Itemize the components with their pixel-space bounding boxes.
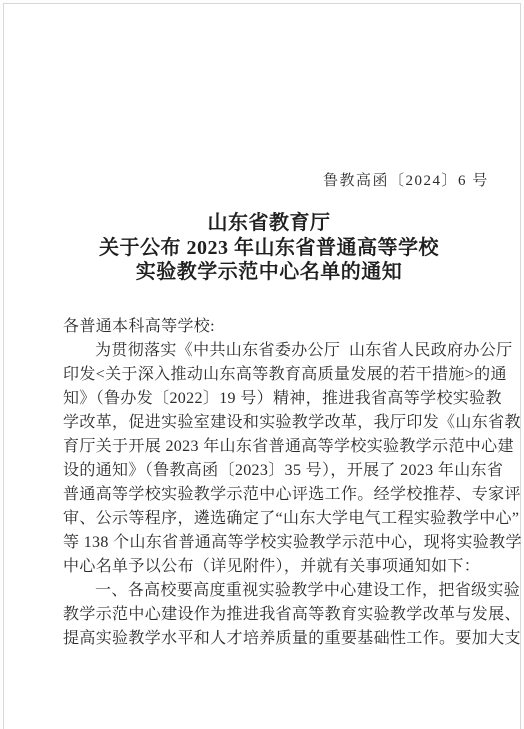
body-line: 审、公示等程序，遴选确定了“山东大学电气工程实验教学中心” (63, 507, 495, 531)
document-number: 鲁教高函〔2024〕6 号 (323, 169, 489, 190)
body-line: 提高实验教学水平和人才培养质量的重要基础性工作。要加大支 (63, 627, 495, 651)
title-line-2: 关于公布 2023 年山东省普通高等学校 (63, 236, 475, 261)
document-page: 鲁教高函〔2024〕6 号 山东省教育厅 关于公布 2023 年山东省普通高等学… (3, 3, 521, 723)
body-line: 一、各高校要高度重视实验教学中心建设工作，把省级实验 (63, 579, 495, 603)
body-line: 为贯彻落实《中共山东省委办公厅 山东省人民政府办公厅 (63, 339, 495, 363)
document-body: 各普通本科高等学校: 为贯彻落实《中共山东省委办公厅 山东省人民政府办公厅 印发… (63, 315, 495, 651)
body-line: 普通高等学校实验教学示范中心评选工作。经学校推荐、专家评 (63, 483, 495, 507)
body-line: 育厅关于开展 2023 年山东省普通高等学校实验教学示范中心建 (63, 435, 495, 459)
body-line: 中心名单予以公布（详见附件），并就有关事项通知如下： (63, 555, 495, 579)
title-line-1: 山东省教育厅 (63, 211, 475, 236)
body-line: 教学示范中心建设作为推进我省高等教育实验教学改革与发展、 (63, 603, 495, 627)
body-line: 知》（鲁办发〔2022〕19 号）精神，推进我省高等学校实验教 (63, 387, 495, 411)
salutation: 各普通本科高等学校: (63, 315, 495, 339)
document-title: 山东省教育厅 关于公布 2023 年山东省普通高等学校 实验教学示范中心名单的通… (63, 211, 475, 285)
body-line: 学改革，促进实验室建设和实验教学改革，我厅印发《山东省教 (63, 411, 495, 435)
body-line: 设的通知》（鲁教高函〔2023〕35 号），开展了 2023 年山东省 (63, 459, 495, 483)
title-line-3: 实验教学示范中心名单的通知 (63, 260, 475, 285)
body-line: 印发<关于深入推动山东高等教育高质量发展的若干措施>的通 (63, 363, 495, 387)
body-line: 等 138 个山东省普通高等学校实验教学示范中心，现将实验教学 (63, 531, 495, 555)
